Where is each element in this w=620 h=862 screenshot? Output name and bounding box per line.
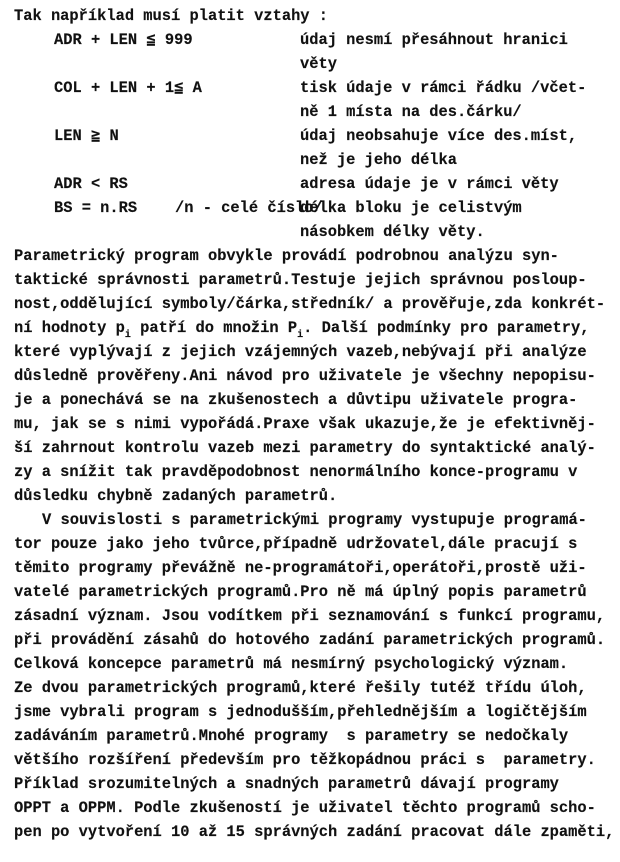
paragraph-line: většího rozšíření především pro těžkopád… [14, 748, 596, 772]
relation-description: adresa údaje je v rámci věty [300, 172, 559, 196]
paragraph-line: při provádění zásahů do hotového zadání … [14, 628, 605, 652]
paragraph-line: důsledku chybně zadaných parametrů. [14, 484, 337, 508]
text-segment: ní hodnoty p [14, 319, 125, 337]
relation-expression: ADR + LEN ≦ 999 [54, 28, 193, 52]
paragraph-line: těmito programy převážně ne-programátoři… [14, 556, 587, 580]
paragraph-line: je a ponechává se na zkušenostech a důvt… [14, 388, 577, 412]
paragraph-line: jsme vybrali program s jednodušším,přehl… [14, 700, 587, 724]
relation-description: délka bloku je celistvým [300, 196, 522, 220]
paragraph-line: OPPT a OPPM. Podle zkušeností je uživate… [14, 796, 596, 820]
paragraph-line: Ze dvou parametrických programů,které ře… [14, 676, 587, 700]
text-segment: . Další podmínky pro parametry, [303, 319, 589, 337]
paragraph-line: zy a snížit tak pravděpodobnost nenormál… [14, 460, 577, 484]
paragraph-line: Celková koncepce parametrů má nesmírný p… [14, 652, 568, 676]
paragraph-line: nost,oddělující symboly/čárka,středník/ … [14, 292, 605, 316]
relation-expression: LEN ≧ N [54, 124, 119, 148]
paragraph-line: V souvislosti s parametrickými programy … [42, 508, 587, 532]
relation-description: než je jeho délka [300, 148, 457, 172]
relation-description: ně 1 místa na des.čárku/ [300, 100, 522, 124]
paragraph-line: pen po vytvoření 10 až 15 správných zadá… [14, 820, 614, 844]
paragraph-line: ší zahrnout kontrolu vazeb mezi parametr… [14, 436, 596, 460]
paragraph-line: důsledně prověřeny.Ani návod pro uživate… [14, 364, 596, 388]
relation-description: tisk údaje v rámci řádku /včet- [300, 76, 586, 100]
typewritten-page: Tak například musí platit vztahy : ADR +… [0, 0, 620, 862]
paragraph-line-with-subscripts: ní hodnoty pi patří do množin Pi. Další … [14, 316, 589, 340]
paragraph-line: zadáváním parametrů.Mnohé programy s par… [14, 724, 568, 748]
paragraph-line: vatelé parametrických programů.Pro ně má… [14, 580, 587, 604]
paragraph-line: Parametrický program obvykle provádí pod… [14, 244, 559, 268]
relation-description: násobkem délky věty. [300, 220, 485, 244]
paragraph-line: taktické správnosti parametrů.Testuje je… [14, 268, 587, 292]
paragraph-line: které vyplývají z jejich vzájemných vaze… [14, 340, 587, 364]
paragraph-line: mu, jak se s nimi vypořádá.Praxe však uk… [14, 412, 596, 436]
paragraph-line: zásadní význam. Jsou vodítkem při seznam… [14, 604, 605, 628]
paragraph-line: tor pouze jako jeho tvůrce,případně udrž… [14, 532, 577, 556]
relation-description: věty [300, 52, 337, 76]
intro-line: Tak například musí platit vztahy : [14, 4, 328, 28]
relation-expression: BS = n.RS [54, 196, 137, 220]
paragraph-line: Příklad srozumitelných a snadných parame… [14, 772, 559, 796]
text-segment: patří do množin P [131, 319, 297, 337]
relation-description: údaj neobsahuje více des.míst, [300, 124, 577, 148]
relation-expression: ADR < RS [54, 172, 128, 196]
relation-expression: COL + LEN + 1≦ A [54, 76, 202, 100]
relation-description: údaj nesmí přesáhnout hranici [300, 28, 568, 52]
